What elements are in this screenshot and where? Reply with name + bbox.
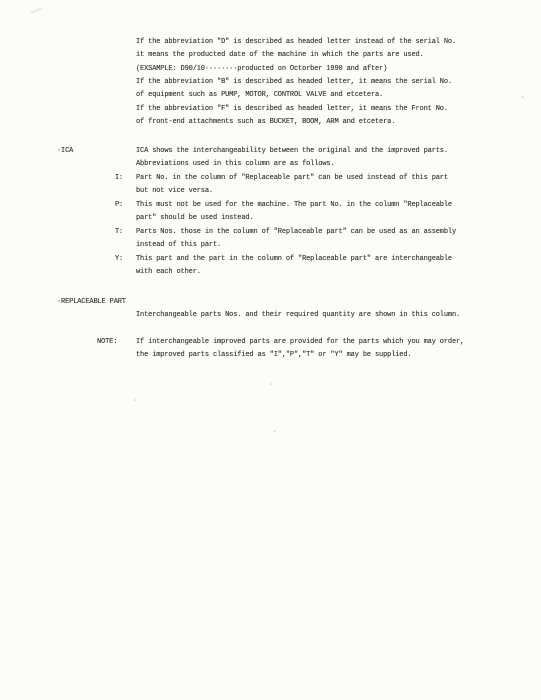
paragraph-line: of equipment such as PUMP, MOTOR, CONTRO… xyxy=(136,89,383,102)
ica-item-marker-I: I: xyxy=(115,172,123,185)
scan-artifact xyxy=(273,430,276,432)
ica-item-marker-T: T: xyxy=(115,226,123,239)
ica-section-label: ·ICA xyxy=(57,145,73,158)
scan-artifact xyxy=(30,7,43,15)
note-marker: NOTE: xyxy=(97,336,117,349)
paragraph-line: it means the producted date of the machi… xyxy=(136,49,424,62)
ica-item-line: with each other. xyxy=(136,266,201,279)
ica-item-line: but not vice versa. xyxy=(136,185,213,198)
paragraph-line: of front-end attachments such as BUCKET,… xyxy=(136,116,395,129)
paragraph-line: If the abbreviation "B" is described as … xyxy=(136,76,452,89)
ica-item-line: instead of this part. xyxy=(136,239,221,252)
note-line: the improved parts classified as "I","P"… xyxy=(136,349,411,362)
scan-artifact xyxy=(521,96,524,98)
ica-item-line: This part and the part in the column of … xyxy=(136,253,452,266)
paragraph-line: (EXSAMPLE: D90/10········producted on Oc… xyxy=(136,63,387,76)
paragraph-line: If the abbreviation "D" is described as … xyxy=(136,36,456,49)
replaceable-part-label: ·REPLACEABLE PART xyxy=(57,296,126,309)
ica-item-line: Part No. in the column of "Replaceable p… xyxy=(136,172,448,185)
paragraph-line: ICA shows the interchangeability between… xyxy=(136,145,448,158)
ica-item-line: This must not be used for the machine. T… xyxy=(136,199,452,212)
scan-artifact xyxy=(270,383,273,385)
paragraph-line: Abbreviations used in this column are as… xyxy=(136,158,334,171)
ica-item-marker-P: P: xyxy=(115,199,123,212)
paragraph-line: If the abbreviation "F" is described as … xyxy=(136,103,448,116)
paragraph-line: Interchangeable parts Nos. and their req… xyxy=(136,309,460,322)
ica-item-marker-Y: Y: xyxy=(115,253,123,266)
note-line: If interchangeable improved parts are pr… xyxy=(136,336,464,349)
scanned-manual-page: If the abbreviation "D" is described as … xyxy=(0,0,541,700)
ica-item-line: Parts Nos. those in the column of "Repla… xyxy=(136,226,456,239)
ica-item-line: part" should be used instead. xyxy=(136,212,253,225)
scan-artifact xyxy=(134,399,137,401)
